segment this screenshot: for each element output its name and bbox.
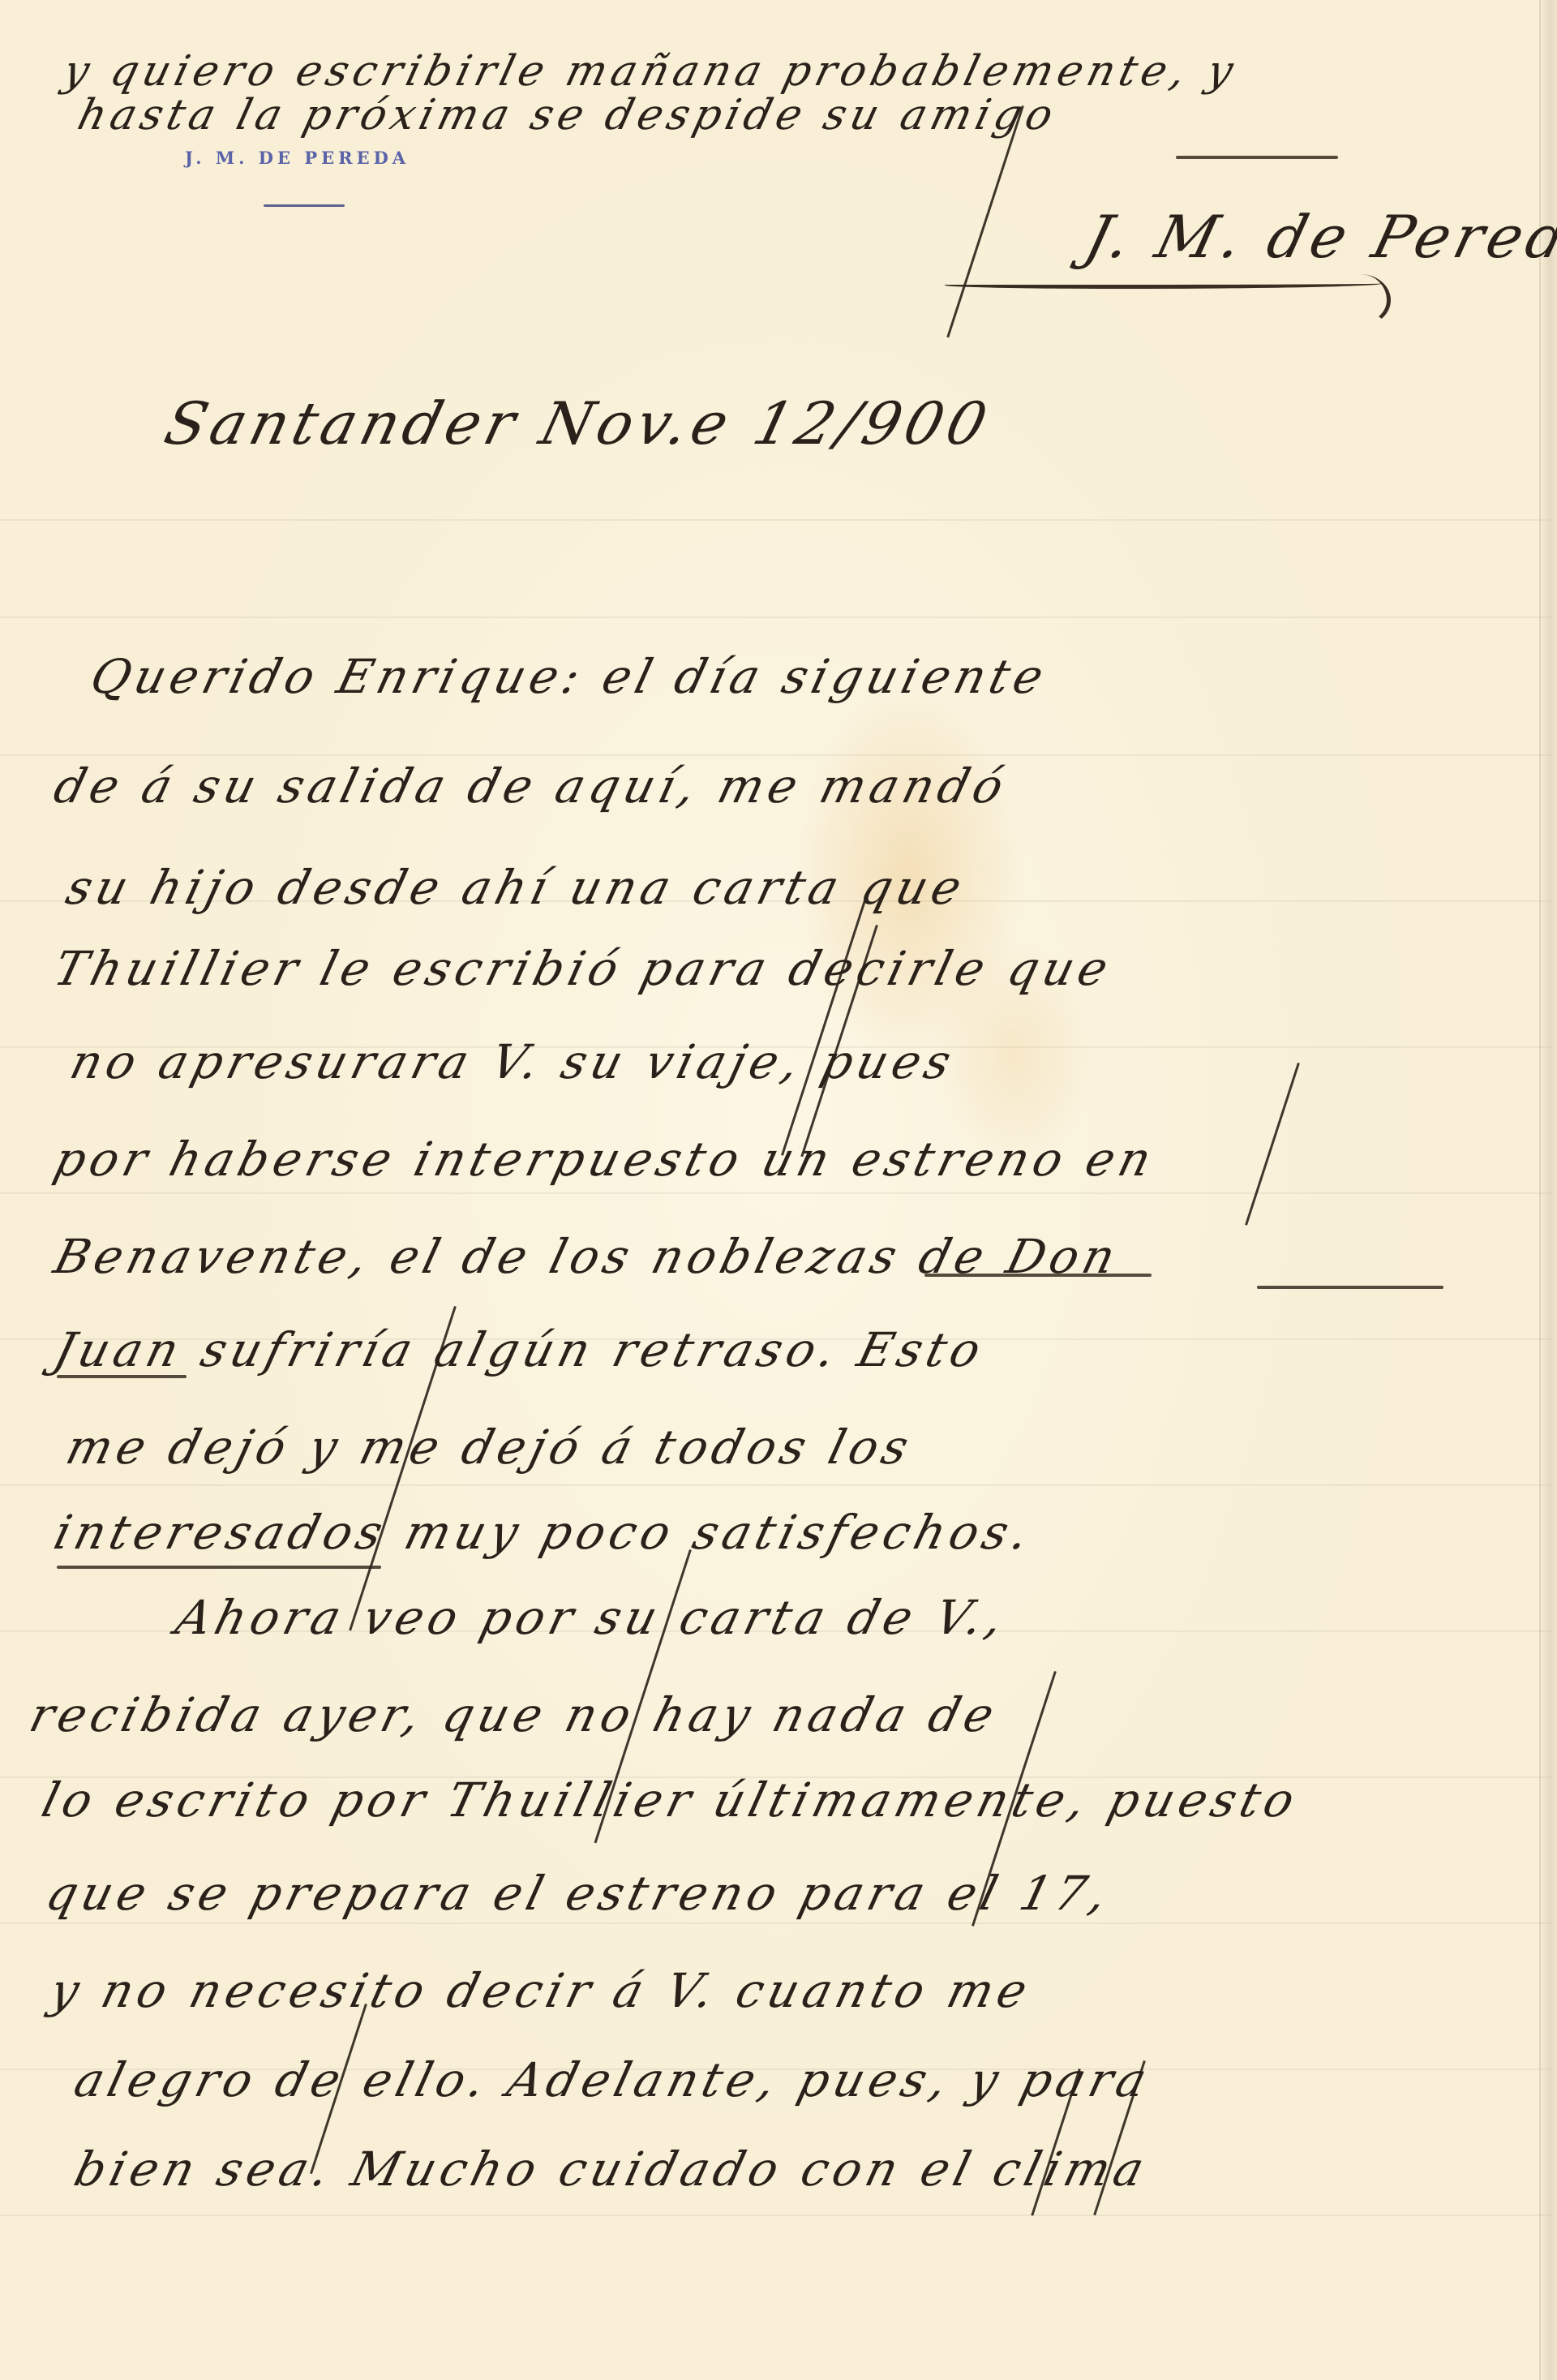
ruled-line	[0, 616, 1557, 618]
body-line: alegro de ello. Adelante, pues, y para	[69, 2052, 1157, 2107]
postscript-line-2: hasta la próxima se despide su amigo	[73, 91, 1062, 140]
ruled-line	[0, 2215, 1557, 2216]
page-edge-shadow	[1539, 0, 1557, 2380]
body-line: de á su salida de aquí, me mandó	[49, 758, 1014, 814]
letterhead-rule	[264, 204, 345, 207]
body-line: que se prepara el estreno para el 17,	[41, 1866, 1117, 1921]
ruled-line	[0, 1922, 1557, 1924]
ruled-line	[0, 754, 1557, 756]
body-line: y no necesito decir á V. cuanto me	[45, 1963, 1037, 2018]
dateline: Santander Nov.e 12/900	[158, 389, 998, 458]
underline-noblezas	[924, 1274, 1152, 1277]
body-line: me dejó y me dejó á todos los	[61, 1420, 919, 1475]
underline-don	[1257, 1286, 1443, 1289]
signature-flourish-hook	[1330, 274, 1391, 326]
body-line: recibida ayer, que no hay nada de	[24, 1687, 1004, 1742]
body-line: por haberse interpuesto un estreno en	[49, 1132, 1161, 1187]
body-line: Juan sufriría algún retraso. Esto	[49, 1322, 991, 1377]
body-line: Ahora veo por su carta de V.,	[170, 1590, 1014, 1645]
page-edge-line	[1539, 0, 1541, 2380]
body-line: lo escrito por Thuillier últimamente, pu…	[36, 1772, 1305, 1828]
postscript-line-1: y quiero escribirle mañana probablemente…	[58, 47, 1242, 96]
body-line: Thuillier le escribió para decirle que	[49, 941, 1118, 996]
postscript-signature: J. M. de Pereda	[1079, 203, 1557, 271]
underline-juan	[57, 1375, 187, 1378]
salutation: Querido Enrique: el día siguiente	[85, 649, 1053, 704]
paper-background	[0, 0, 1557, 2380]
ruled-line	[0, 1484, 1557, 1486]
ruled-line	[0, 519, 1557, 521]
body-line: interesados muy poco satisfechos.	[49, 1505, 1039, 1560]
body-line: bien sea. Mucho cuidado con el clima	[69, 2142, 1154, 2197]
postscript-underline	[1176, 156, 1338, 159]
underline-interesados	[57, 1566, 381, 1569]
letterhead: J. M. DE PEREDA	[185, 148, 410, 168]
body-line: su hijo desde ahí una carta que	[61, 860, 972, 915]
ruled-line	[0, 1192, 1557, 1194]
